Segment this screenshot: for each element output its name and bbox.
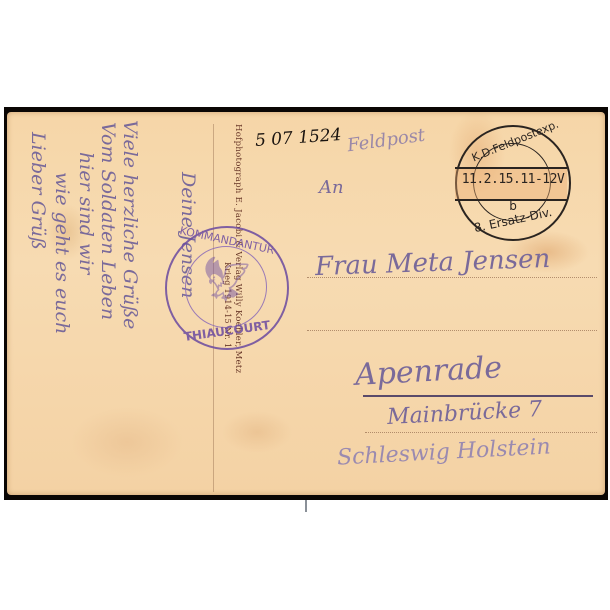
feldpost-postmark: K.D.Feldpostexp. 11.2.15.11-12V b 8. Ers… bbox=[455, 125, 571, 241]
recipient-city: Apenrade bbox=[354, 350, 503, 393]
message-line: Lieber Grüß bbox=[27, 132, 49, 250]
recipient-street: Mainbrücke 7 bbox=[386, 397, 542, 430]
message-line: Vom Soldaten Leben bbox=[97, 122, 119, 320]
unit-seal-stamp: 🦅︎ KOMMANDANTUR THIAUCOURT bbox=[165, 226, 289, 350]
message-line: Viele herzliche Grüße bbox=[119, 120, 141, 329]
salutation: An bbox=[319, 177, 344, 198]
crop-mark bbox=[305, 500, 307, 512]
eagle-icon: 🦅︎ bbox=[167, 258, 287, 302]
recipient-region: Schleswig Holstein bbox=[336, 434, 551, 470]
address-line-2 bbox=[307, 330, 597, 331]
city-underline bbox=[363, 395, 593, 397]
postcard: Viele herzliche Grüße Vom Soldaten Leben… bbox=[7, 112, 605, 495]
message-line: wie geht es euch bbox=[51, 172, 73, 334]
postmark-date: 11.2.15.11-12V bbox=[457, 172, 569, 187]
address-line-3 bbox=[365, 432, 597, 433]
feldpost-note: Feldpost bbox=[346, 125, 426, 157]
sender-note: 5 07 1524 bbox=[254, 125, 342, 151]
message-line: hier sind wir bbox=[75, 152, 97, 274]
